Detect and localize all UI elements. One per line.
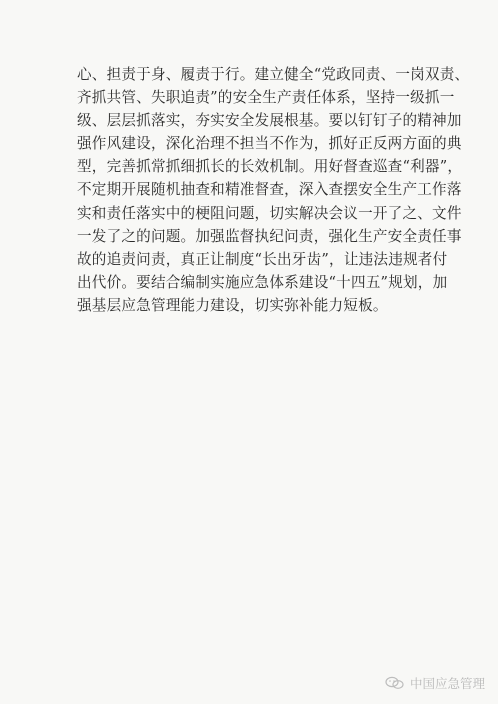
text-line: 心、担责于身、履责于行。建立健全“党政同责、一岗双责、 <box>77 63 429 86</box>
text-line: 一发了之的问题。加强监督执纪问责，强化生产安全责任事 <box>77 225 429 248</box>
watermark-text: 中国应急管理 <box>410 674 485 692</box>
text-line: 故的追责问责，真正让制度“长出牙齿”，让违法违规者付 <box>77 248 429 271</box>
text-line: 强基层应急管理能力建设，切实弥补能力短板。 <box>77 294 429 317</box>
text-line: 齐抓共管、失职追责”的安全生产责任体系，坚持一级抓一 <box>77 86 429 109</box>
text-line: 出代价。要结合编制实施应急体系建设“十四五”规划，加 <box>77 271 429 294</box>
wechat-icon <box>385 676 405 690</box>
document-page: 心、担责于身、履责于行。建立健全“党政同责、一岗双责、 齐抓共管、失职追责”的安… <box>0 0 498 704</box>
text-line: 实和责任落实中的梗阻问题，切实解决会议一开了之、文件 <box>77 202 429 225</box>
text-line: 型，完善抓常抓细抓长的长效机制。用好督查巡查“利器”， <box>77 155 429 178</box>
document-body: 心、担责于身、履责于行。建立健全“党政同责、一岗双责、 齐抓共管、失职追责”的安… <box>77 63 429 317</box>
text-line: 级、层层抓落实，夯实安全发展根基。要以钉钉子的精神加 <box>77 109 429 132</box>
text-line: 不定期开展随机抽查和精准督查，深入查摆安全生产工作落 <box>77 178 429 201</box>
watermark: 中国应急管理 <box>385 674 485 692</box>
text-line: 强作风建设，深化治理不担当不作为，抓好正反两方面的典 <box>77 132 429 155</box>
